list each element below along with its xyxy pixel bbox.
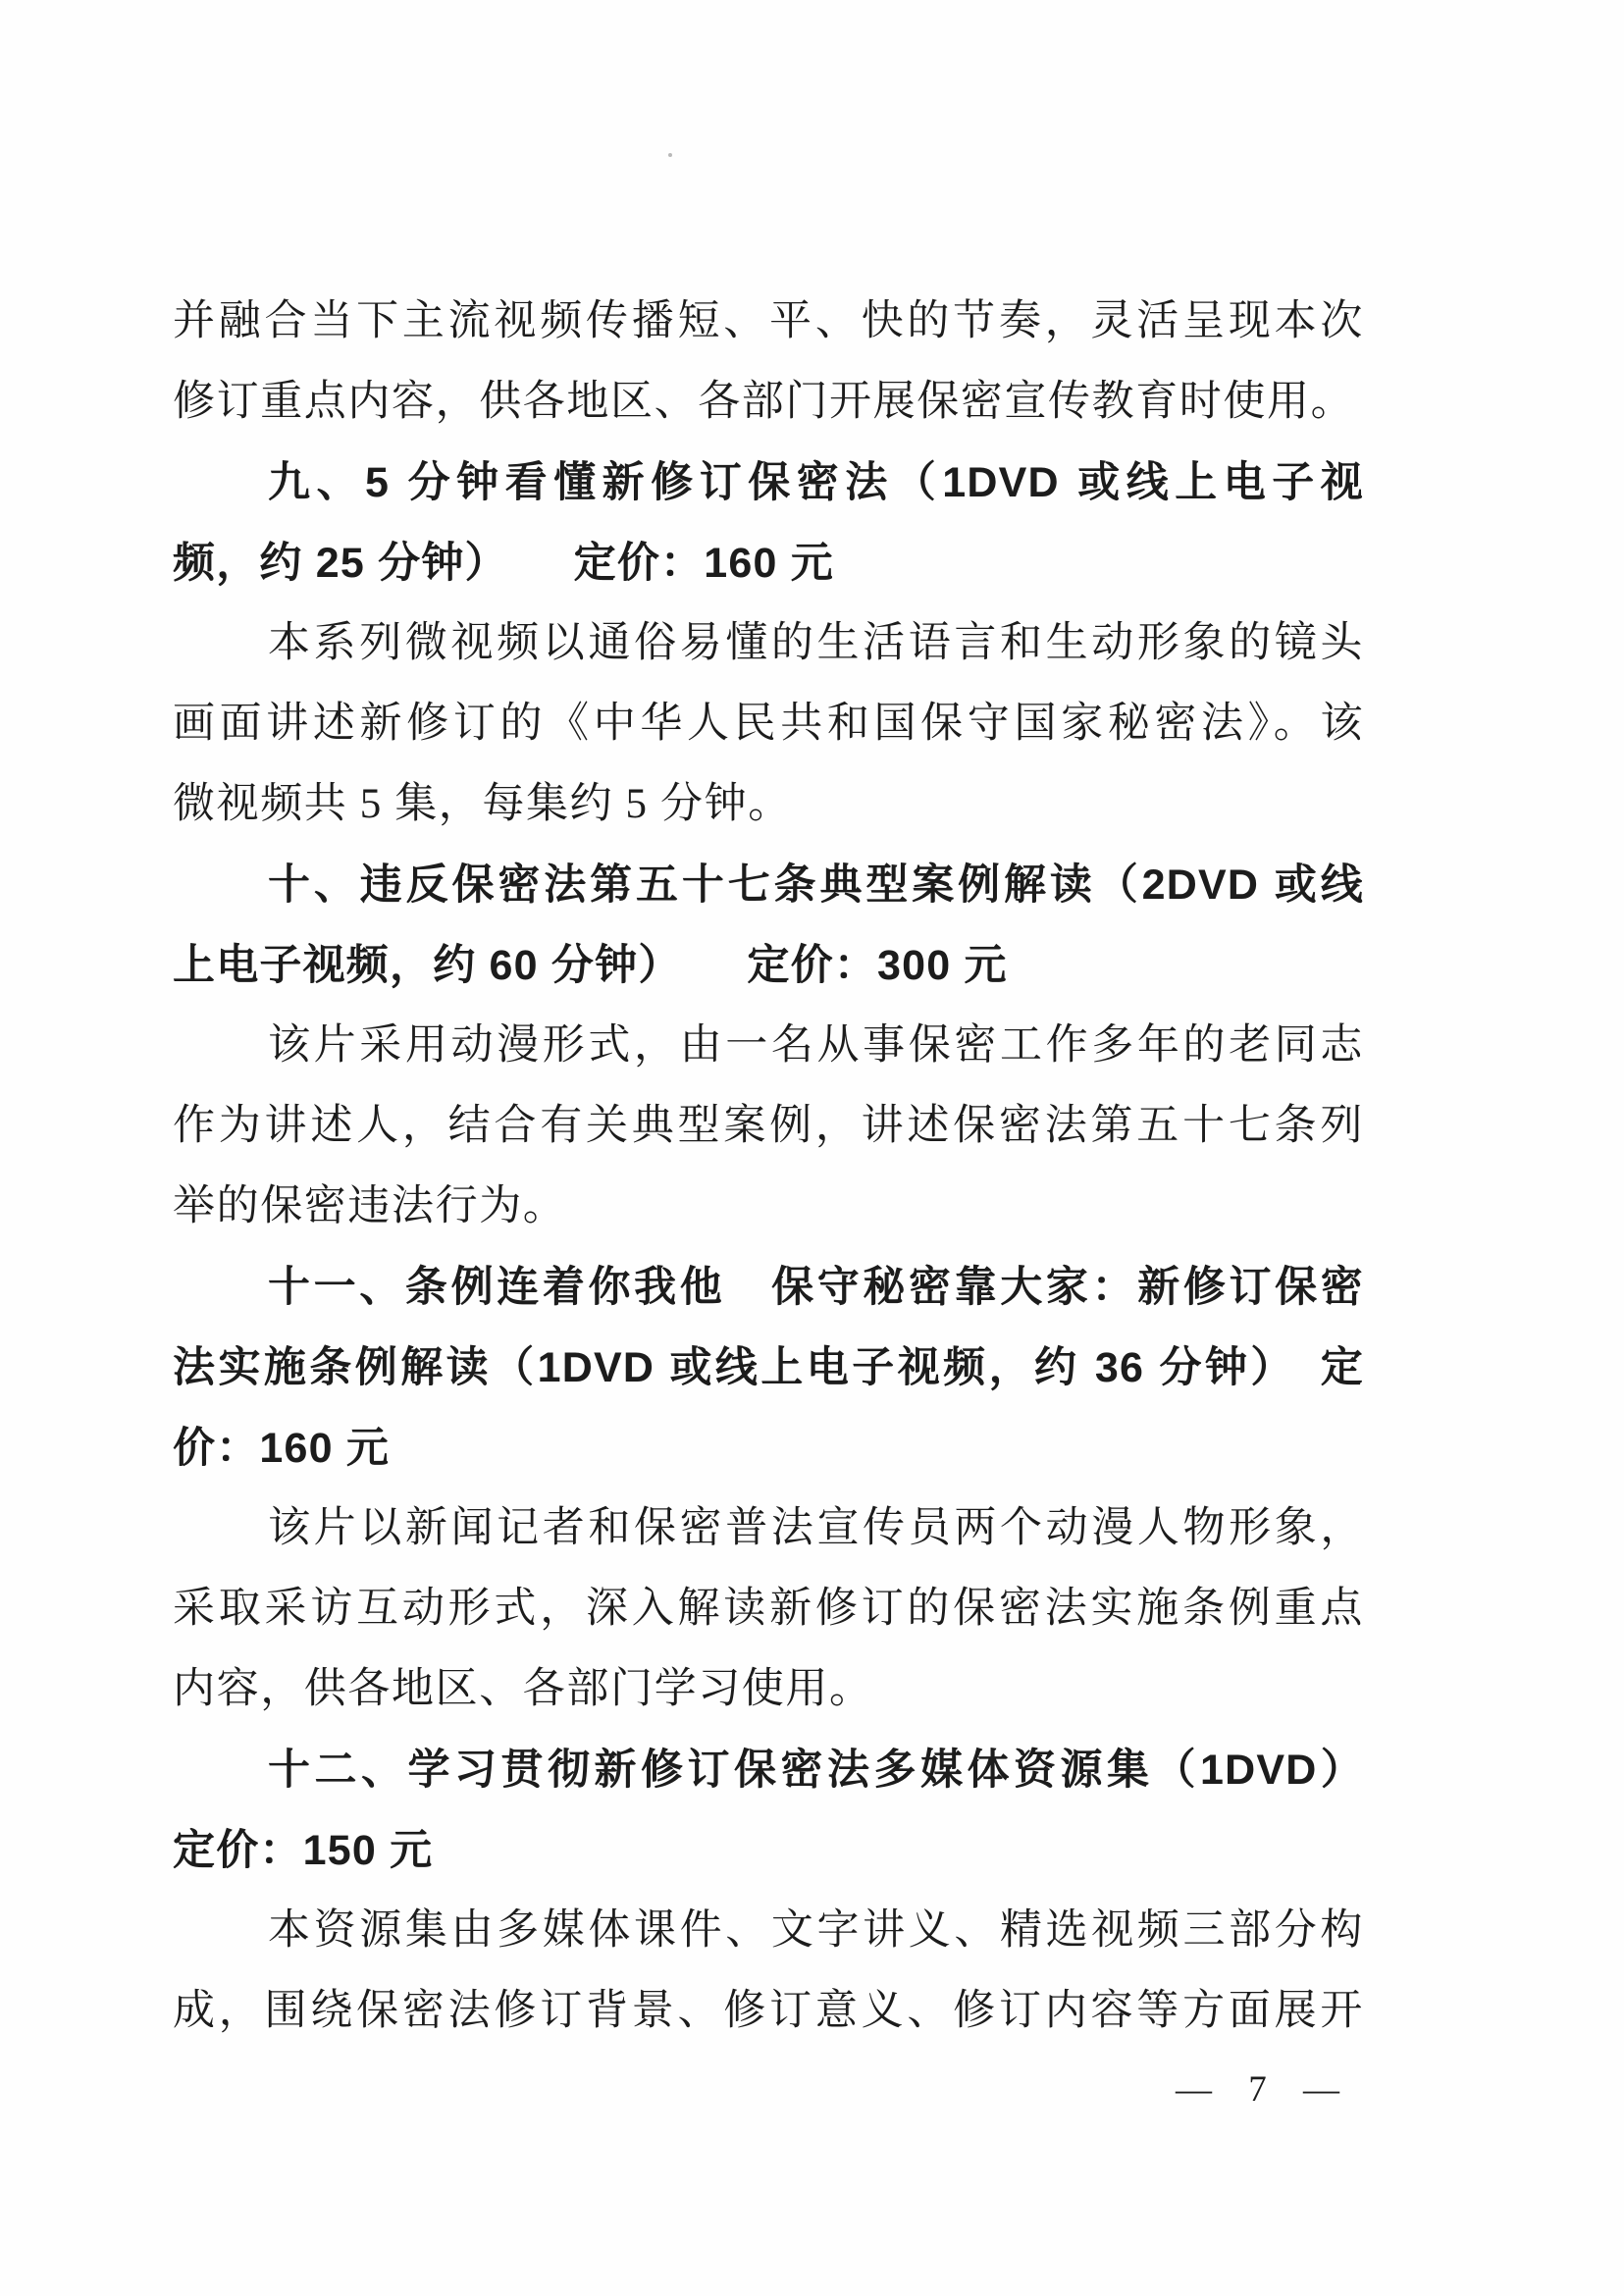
document-body: 并融合当下主流视频传播短、平、快的节奏，灵活呈现本次修订重点内容，供各地区、各部… bbox=[173, 282, 1364, 2052]
text-line: 价：160 元 bbox=[173, 1408, 1364, 1488]
text-line: 频，约 25 分钟） 定价：160 元 bbox=[173, 523, 1364, 603]
text-line: 定价：150 元 bbox=[173, 1810, 1364, 1891]
text-line: 内容，供各地区、各部门学习使用。 bbox=[173, 1649, 1364, 1730]
text-line: 十二、学习贯彻新修订保密法多媒体资源集（1DVD） bbox=[173, 1730, 1364, 1810]
text-line: 十一、条例连着你我他 保守秘密靠大家：新修订保密 bbox=[173, 1247, 1364, 1328]
page-number: — 7 — bbox=[1176, 2061, 1349, 2119]
text-line: 法实施条例解读（1DVD 或线上电子视频，约 36 分钟） 定 bbox=[173, 1328, 1364, 1408]
text-line: 微视频共 5 集，每集约 5 分钟。 bbox=[173, 764, 1364, 845]
text-line: 修订重点内容，供各地区、各部门开展保密宣传教育时使用。 bbox=[173, 362, 1364, 443]
text-line: 举的保密违法行为。 bbox=[173, 1167, 1364, 1247]
text-line: 该片采用动漫形式，由一名从事保密工作多年的老同志 bbox=[173, 1006, 1364, 1086]
text-line: 成，围绕保密法修订背景、修订意义、修订内容等方面展开 bbox=[173, 1971, 1364, 2052]
text-line: 该片以新闻记者和保密普法宣传员两个动漫人物形象， bbox=[173, 1488, 1364, 1569]
text-line: 九、5 分钟看懂新修订保密法（1DVD 或线上电子视 bbox=[173, 443, 1364, 523]
text-line: 十、违反保密法第五十七条典型案例解读（2DVD 或线 bbox=[173, 845, 1364, 925]
text-line: 上电子视频，约 60 分钟） 定价：300 元 bbox=[173, 925, 1364, 1006]
document-page: 并融合当下主流视频传播短、平、快的节奏，灵活呈现本次修订重点内容，供各地区、各部… bbox=[0, 0, 1624, 2296]
text-line: 本资源集由多媒体课件、文字讲义、精选视频三部分构 bbox=[173, 1891, 1364, 1971]
scan-artifact bbox=[668, 153, 672, 157]
text-line: 本系列微视频以通俗易懂的生活语言和生动形象的镜头 bbox=[173, 603, 1364, 684]
text-line: 并融合当下主流视频传播短、平、快的节奏，灵活呈现本次 bbox=[173, 282, 1364, 362]
text-line: 采取采访互动形式，深入解读新修订的保密法实施条例重点 bbox=[173, 1569, 1364, 1649]
text-line: 作为讲述人，结合有关典型案例，讲述保密法第五十七条列 bbox=[173, 1086, 1364, 1167]
text-line: 画面讲述新修订的《中华人民共和国保守国家秘密法》。该 bbox=[173, 684, 1364, 764]
